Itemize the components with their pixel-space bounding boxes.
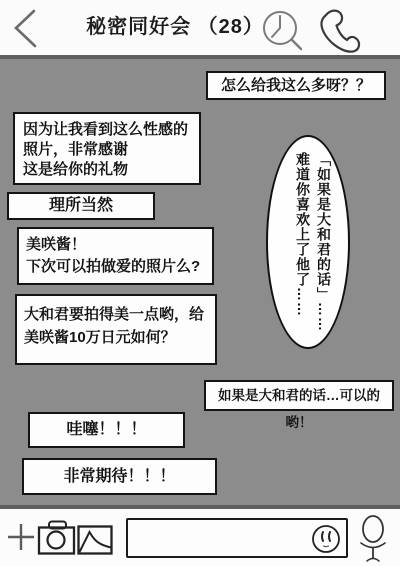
- call-icon[interactable]: [310, 6, 362, 54]
- back-icon[interactable]: [10, 7, 40, 49]
- chat-screen: 秘密同好会 （28） 怎么给我这么多呀？？ 因为让我看到这么性感的 照片，非常感…: [0, 0, 400, 566]
- emoji-icon[interactable]: [311, 524, 341, 554]
- thought-bubble: 「如果是大和君的话」…… 难道你喜欢上了他了……: [266, 135, 350, 349]
- message-bubble[interactable]: 哇噻！！！: [28, 412, 185, 448]
- photo-icon[interactable]: [77, 525, 113, 556]
- message-input[interactable]: [132, 522, 312, 554]
- microphone-icon[interactable]: [358, 515, 388, 563]
- message-bubble[interactable]: 怎么给我这么多呀？？: [206, 71, 386, 100]
- message-bubble[interactable]: 如果是大和君的话…可以的哟！: [204, 380, 394, 411]
- message-input-box[interactable]: [126, 518, 348, 558]
- message-bubble[interactable]: 非常期待！！！: [22, 458, 217, 495]
- message-bubble[interactable]: 理所当然: [7, 192, 155, 220]
- message-bubble[interactable]: 因为让我看到这么性感的 照片，非常感谢 这是给你的礼物: [13, 112, 201, 185]
- topbar-divider: [0, 55, 400, 59]
- chat-title: 秘密同好会 （28）: [80, 0, 270, 55]
- message-bubble[interactable]: 美咲酱！ 下次可以拍做爱的照片么?: [17, 227, 214, 285]
- thought-line: 难道你喜欢上了他了……: [292, 152, 313, 332]
- plus-icon[interactable]: [6, 522, 36, 552]
- thought-line: 「如果是大和君的话」……: [313, 152, 334, 332]
- history-clock-icon[interactable]: [256, 8, 312, 54]
- thought-bubble-text: 「如果是大和君的话」…… 难道你喜欢上了他了……: [292, 152, 334, 332]
- camera-icon[interactable]: [37, 519, 77, 557]
- top-bar: 秘密同好会 （28）: [0, 0, 400, 55]
- message-bubble[interactable]: 大和君要拍得美一点哟，给 美咲酱10万日元如何？: [15, 294, 217, 365]
- composer-bar: [0, 509, 400, 566]
